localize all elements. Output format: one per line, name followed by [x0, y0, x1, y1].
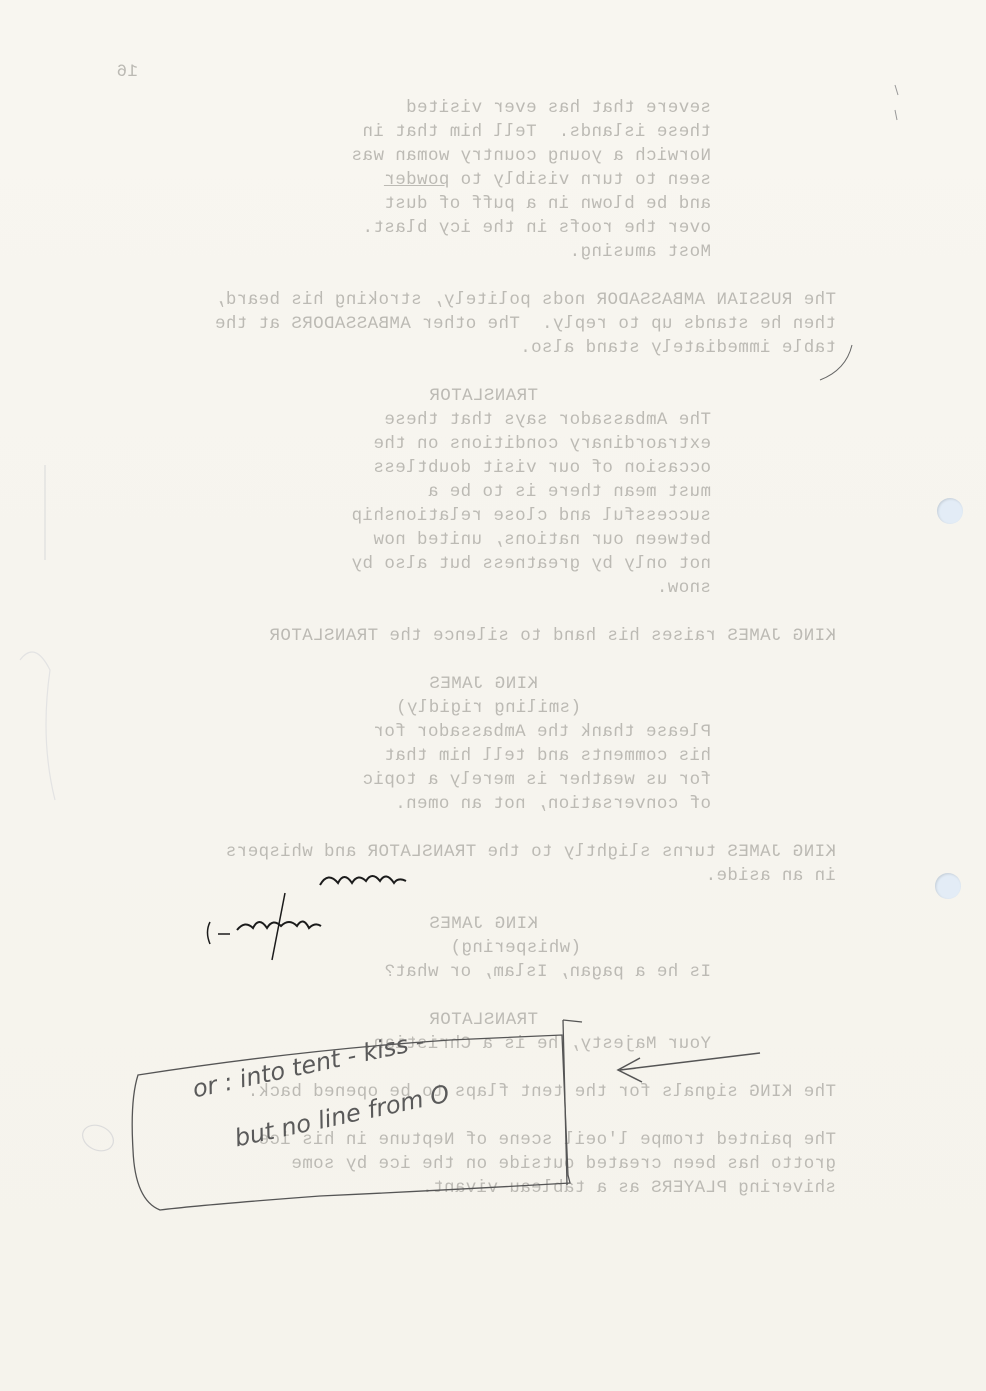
scanned-page: 16 severe that has ever visited these is… [0, 0, 986, 1391]
annotation-strokes [0, 0, 986, 1391]
